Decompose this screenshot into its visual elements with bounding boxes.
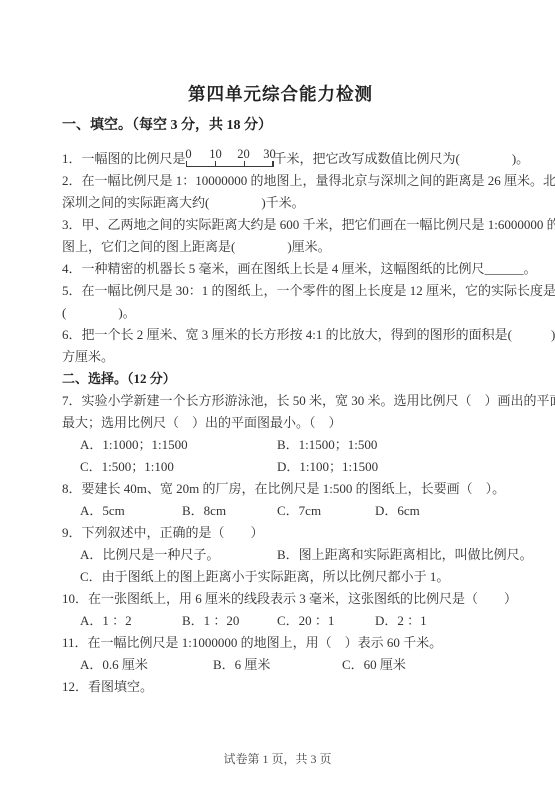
question-8-option-b: B．8cm (182, 500, 226, 522)
question-9-options-row-1: A．比例尺是一种尺子。 B．图上距离和实际距离相比，叫做比例尺。 (62, 544, 499, 566)
scale-bar-tick (244, 161, 246, 166)
page-footer: 试卷第 1 页，共 3 页 (0, 751, 555, 767)
question-3-line-2: 图上，它们之间的图上距离是( )厘米。 (62, 236, 499, 258)
question-12: 12．看图填空。 (62, 676, 499, 698)
scale-bar-label-10: 10 (209, 147, 222, 161)
question-10: 10．在一张图纸上，用 6 厘米的线段表示 3 毫米，这张图纸的比例尺是（ ） (62, 588, 499, 610)
question-7-options-row-2: C．1:500；1:100 D．1:100；1:1500 (62, 456, 499, 478)
scale-bar-label-20: 20 (237, 147, 250, 161)
scale-bar-tick (272, 161, 274, 166)
question-7-option-a: A．1:1000；1:1500 (80, 434, 188, 456)
question-9-option-a: A．比例尺是一种尺子。 (80, 544, 219, 566)
question-8-options-row: A．5cm B．8cm C．7cm D．6cm (62, 500, 499, 522)
question-2-line-2: 深圳之间的实际距离大约( )千米。 (62, 192, 499, 214)
section-fill-heading: 一、填空。（每空 3 分，共 18 分） (62, 117, 499, 134)
question-8-option-c: C．7cm (277, 500, 321, 522)
exam-page: 第四单元综合能力检测 一、填空。（每空 3 分，共 18 分） 1．一幅图的比例… (0, 0, 555, 785)
question-10-option-b: B．1 ：20 (182, 610, 239, 632)
question-9-options-row-2: C．由于图纸上的图上距离小于实际距离，所以比例尺都小于 1。 (62, 566, 499, 588)
question-5-line-1: 5．在一幅比例尺是 30：1 的图纸上，一个零件的图上长度是 12 厘米，它的实… (62, 280, 499, 302)
question-1: 1．一幅图的比例尺是0102030千米，把它改写成数值比例尺为( )。 (62, 148, 499, 170)
question-8-option-d: D．6cm (375, 500, 420, 522)
scale-bar-label-30: 30 (263, 147, 276, 161)
question-7-option-c: C．1:500；1:100 (80, 456, 174, 478)
question-11-option-c: C．60 厘米 (342, 654, 406, 676)
scale-bar: 0102030 (186, 149, 274, 169)
question-1-suffix: 千米，把它改写成数值比例尺为( )。 (274, 151, 530, 166)
question-7-options-row-1: A．1:1000；1:1500 B．1:1500；1:500 (62, 434, 499, 456)
page-title: 第四单元综合能力检测 (62, 84, 499, 105)
scale-bar-tick (186, 161, 188, 166)
question-11-option-a: A．0.6 厘米 (80, 654, 148, 676)
question-1-prefix: 1．一幅图的比例尺是 (62, 151, 186, 166)
question-8-option-a: A．5cm (80, 500, 125, 522)
scale-bar-label-0: 0 (185, 147, 191, 161)
question-9-option-b: B．图上距离和实际距离相比，叫做比例尺。 (277, 544, 533, 566)
question-10-options-row: A．1 ：2 B．1 ：20 C．20 ：1 D．2 ：1 (62, 610, 499, 632)
question-3-line-1: 3．甲、乙两地之间的实际距离大约是 600 千米，把它们画在一幅比例尺是 1:6… (62, 214, 499, 236)
scale-bar-line (186, 166, 274, 167)
question-6-line-1: 6．把一个长 2 厘米、宽 3 厘米的长方形按 4:1 的比放大，得到的图形的面… (62, 324, 499, 346)
question-5-line-2: ( )。 (62, 302, 499, 324)
question-9-option-c: C．由于图纸上的图上距离小于实际距离，所以比例尺都小于 1。 (80, 566, 449, 588)
scale-bar-tick (215, 161, 217, 166)
section-choice-heading: 二、选择。（12 分） (62, 368, 499, 390)
question-9: 9．下列叙述中，正确的是（ ） (62, 522, 499, 544)
question-10-option-d: D．2 ：1 (375, 610, 427, 632)
question-11-options-row: A．0.6 厘米 B．6 厘米 C．60 厘米 (62, 654, 499, 676)
question-10-option-a: A．1 ：2 (80, 610, 132, 632)
question-11: 11．在一幅比例尺是 1:1000000 的地图上，用（ ）表示 60 千米。 (62, 632, 499, 654)
question-4: 4．一种精密的机器长 5 毫米，画在图纸上长是 4 厘米，这幅图纸的比例尺___… (62, 258, 499, 280)
question-7-option-b: B．1:1500；1:500 (277, 434, 377, 456)
question-7-option-d: D．1:100；1:1500 (277, 456, 378, 478)
question-2-line-1: 2．在一幅比例尺是 1：10000000 的地图上，量得北京与深圳之间的距离是 … (62, 170, 499, 192)
question-8: 8．要建长 40m、宽 20m 的厂房，在比例尺是 1:500 的图纸上，长要画… (62, 478, 499, 500)
question-11-option-b: B．6 厘米 (213, 654, 270, 676)
question-7-line-2: 最大；选用比例尺（ ）出的平面图最小。（ ） (62, 412, 499, 434)
question-10-option-c: C．20 ：1 (277, 610, 334, 632)
question-7-line-1: 7．实验小学新建一个长方形游泳池，长 50 米，宽 30 米。选用比例尺（ ）画… (62, 390, 499, 412)
question-6-line-2: 方厘米。 (62, 346, 499, 368)
